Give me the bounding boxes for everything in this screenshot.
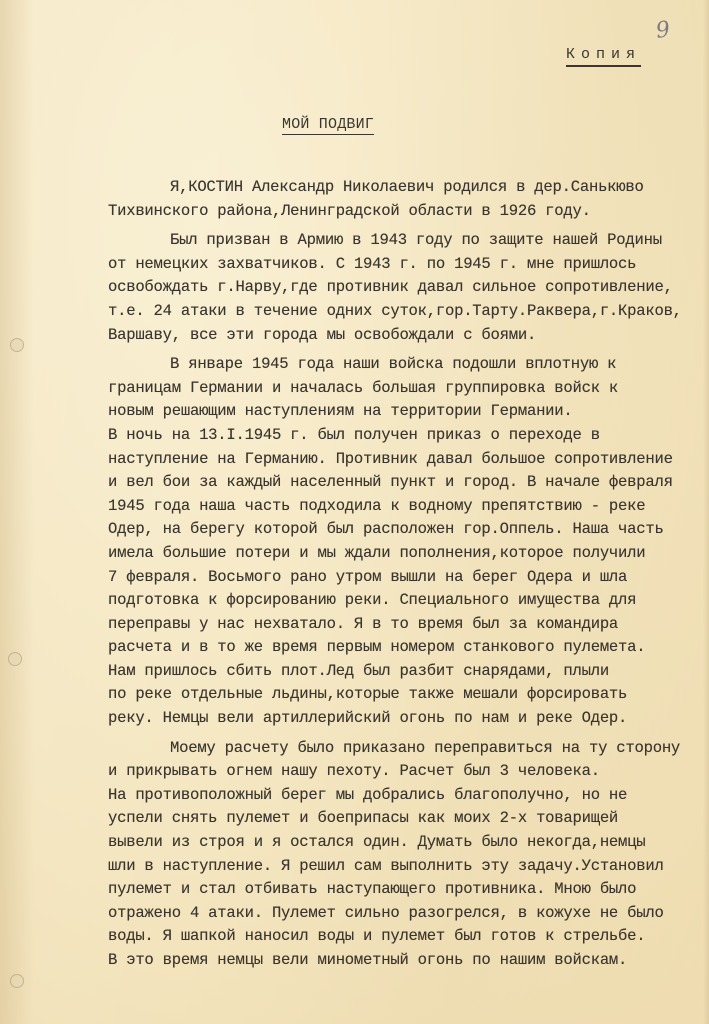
text-line: переправы у нас нехватало. Я в то время … (108, 613, 708, 637)
text-line: Нам пришлось сбить плот.Лед был разбит с… (108, 660, 708, 684)
punch-hole-mark (10, 338, 24, 352)
text-line: т.е. 24 атаки в течение одних суток,гор.… (108, 300, 708, 324)
text-line: границам Германии и началась большая гру… (108, 377, 708, 401)
text-line: подготовка к форсированию реки. Специаль… (108, 589, 708, 613)
punch-hole-mark (10, 974, 24, 988)
text-line: от немецких захватчиков. С 1943 г. по 19… (108, 253, 708, 277)
text-line: вывели из строя и я остался один. Думать… (108, 831, 708, 855)
text-line: В это время немцы вели минометный огонь … (108, 949, 708, 973)
text-line: по реке отдельные льдины,которые также м… (108, 683, 708, 707)
text-line: наступление на Германию. Противник давал… (108, 448, 708, 472)
text-line: реку. Немцы вели артиллерийский огонь по… (108, 707, 708, 731)
text-line: 7 февраля. Восьмого рано утром вышли на … (108, 566, 708, 590)
text-line: На противоположный берег мы добрались бл… (108, 784, 708, 808)
text-line: Я,КОСТИН Александр Николаевич родился в … (108, 176, 708, 200)
text-line: Тихвинского района,Ленинградской области… (108, 200, 708, 224)
text-line: Моему расчету было приказано переправить… (108, 737, 708, 761)
text-line: новым решающим наступлениям на территори… (108, 400, 708, 424)
text-line: Одер, на берегу которой был расположен г… (108, 518, 708, 542)
handwritten-page-number: 9 (654, 17, 671, 44)
text-line: шли в наступление. Я решил сам выполнить… (108, 855, 708, 879)
punch-hole-mark (8, 652, 22, 666)
document-body: Я,КОСТИН Александр Николаевич родился в … (108, 176, 708, 973)
text-line: и прикрывать огнем нашу пехоту. Расчет б… (108, 760, 708, 784)
text-line: имела большие потери и мы ждали пополнен… (108, 542, 708, 566)
text-line: отражено 4 атаки. Пулемет сильно разогре… (108, 902, 708, 926)
text-line: воды. Я шапкой наносил воды и пулемет бы… (108, 925, 708, 949)
text-line: успели снять пулемет и боеприпасы как мо… (108, 807, 708, 831)
text-line: 1945 года наша часть подходила к водному… (108, 495, 708, 519)
text-line: Варшаву, все эти города мы освобождали с… (108, 324, 708, 348)
document-page: 9 Копия МОЙ ПОДВИГ Я,КОСТИН Александр Ни… (0, 0, 709, 1024)
binding-shadow (0, 0, 34, 1024)
copy-stamp: Копия (566, 46, 641, 67)
document-title: МОЙ ПОДВИГ (282, 116, 374, 135)
text-line: и вел бои за каждый населенный пункт и г… (108, 471, 708, 495)
text-line: пулемет и стал отбивать наступающего про… (108, 878, 708, 902)
text-line: В январе 1945 года наши войска подошли в… (108, 353, 708, 377)
text-line: освобождать г.Нарву,где противник давал … (108, 276, 708, 300)
text-line: В ночь на 13.I.1945 г. был получен прика… (108, 424, 708, 448)
text-line: Был призван в Армию в 1943 году по защит… (108, 229, 708, 253)
text-line: расчета и в то же время первым номером с… (108, 636, 708, 660)
